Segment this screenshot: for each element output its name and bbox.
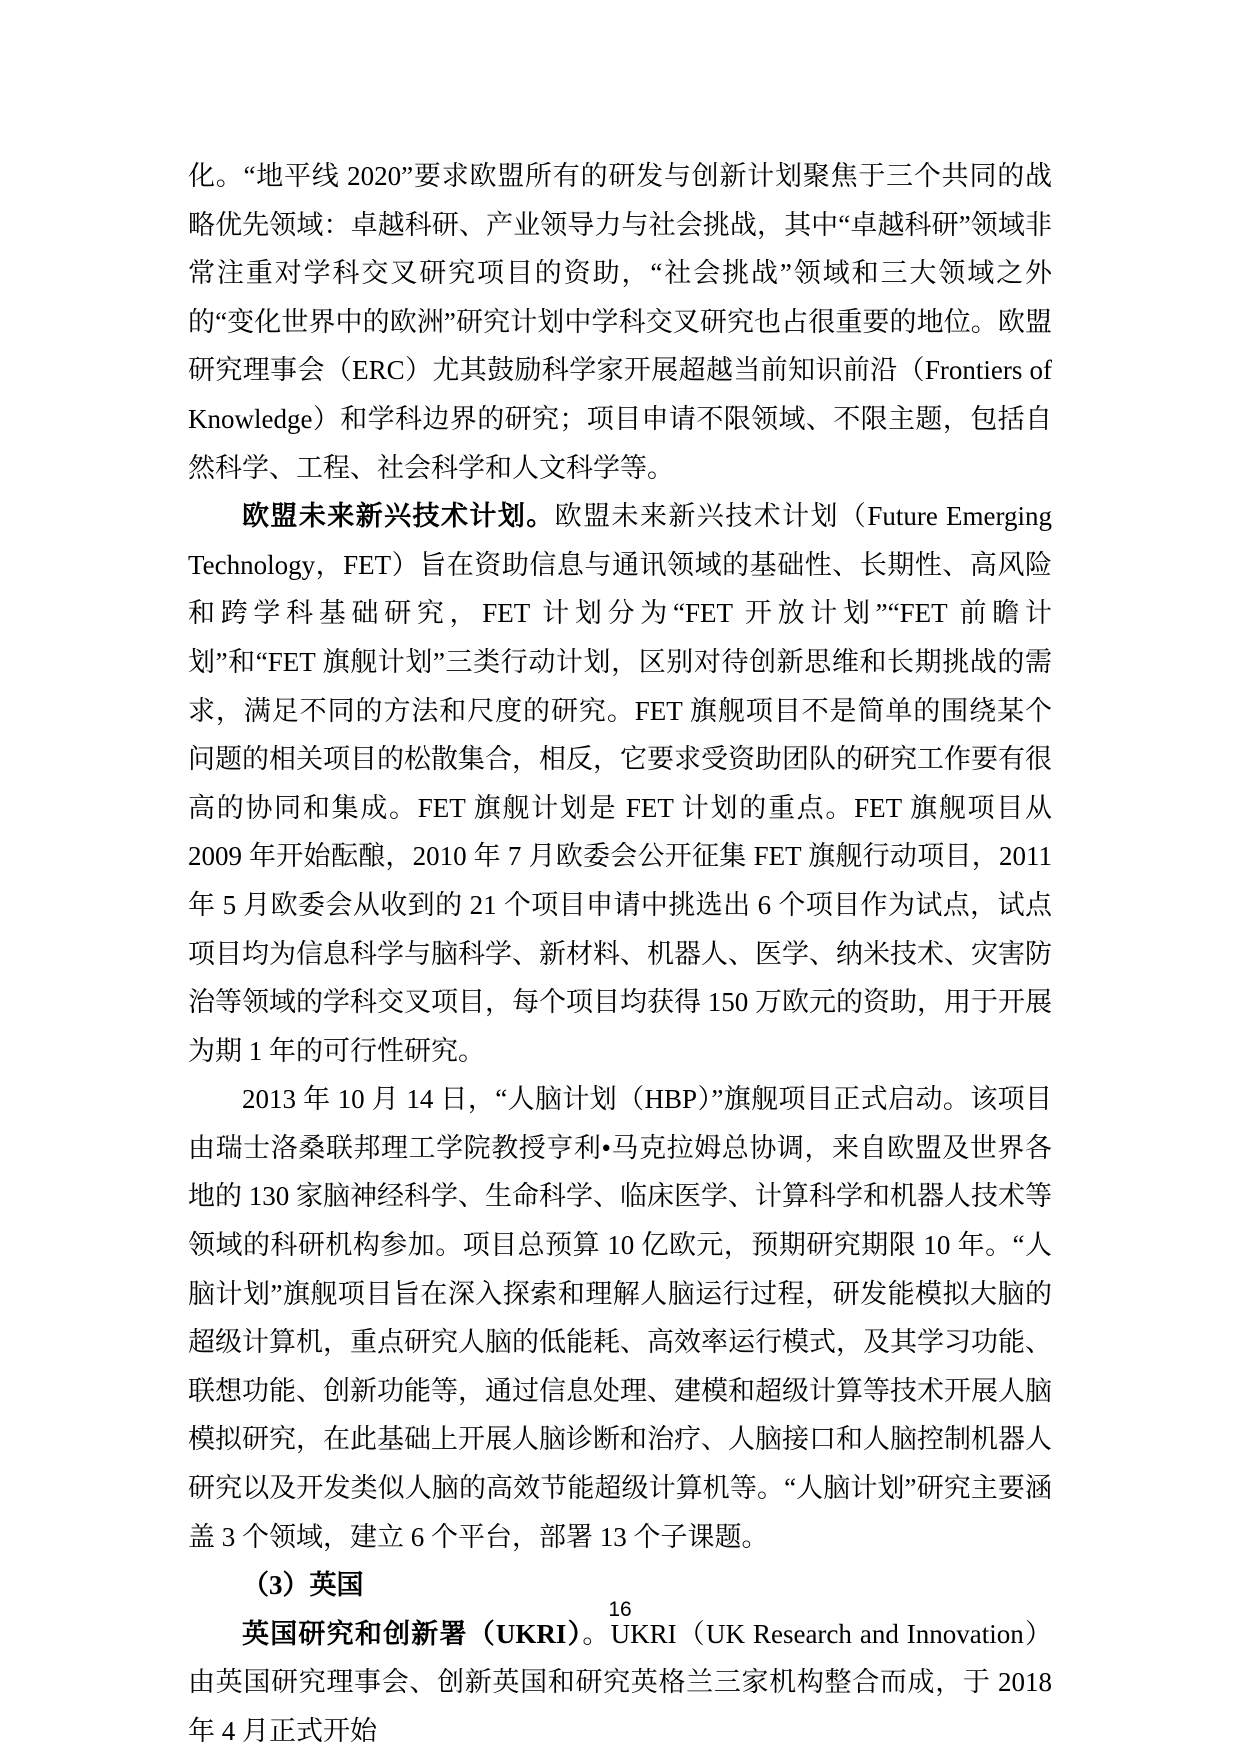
text-run: 2013 年 10 月 14 日，“人脑计划（HBP）”旗舰项目正式启动。该项目… [188, 1084, 1052, 1551]
text-run-bold: （3）英国 [242, 1570, 364, 1600]
paragraph: 化。“地平线 2020”要求欧盟所有的研发与创新计划聚焦于三个共同的战略优先领域… [188, 152, 1052, 492]
text-run: 欧盟未来新兴技术计划（Future Emerging Technology，FE… [188, 501, 1052, 1066]
document-body: 化。“地平线 2020”要求欧盟所有的研发与创新计划聚焦于三个共同的战略优先领域… [188, 152, 1052, 1753]
text-run-bold: 英国研究和创新署（UKRI） [242, 1619, 582, 1649]
paragraph: 2013 年 10 月 14 日，“人脑计划（HBP）”旗舰项目正式启动。该项目… [188, 1075, 1052, 1561]
page-number: 16 [0, 1598, 1240, 1622]
paragraph: 欧盟未来新兴技术计划。欧盟未来新兴技术计划（Future Emerging Te… [188, 492, 1052, 1075]
paragraph: 英国研究和创新署（UKRI）。UKRI（UK Research and Inno… [188, 1610, 1052, 1753]
document-page: 化。“地平线 2020”要求欧盟所有的研发与创新计划聚焦于三个共同的战略优先领域… [0, 0, 1240, 1753]
text-run: 化。“地平线 2020”要求欧盟所有的研发与创新计划聚焦于三个共同的战略优先领域… [188, 161, 1052, 483]
text-run-bold: 欧盟未来新兴技术计划。 [242, 501, 555, 531]
